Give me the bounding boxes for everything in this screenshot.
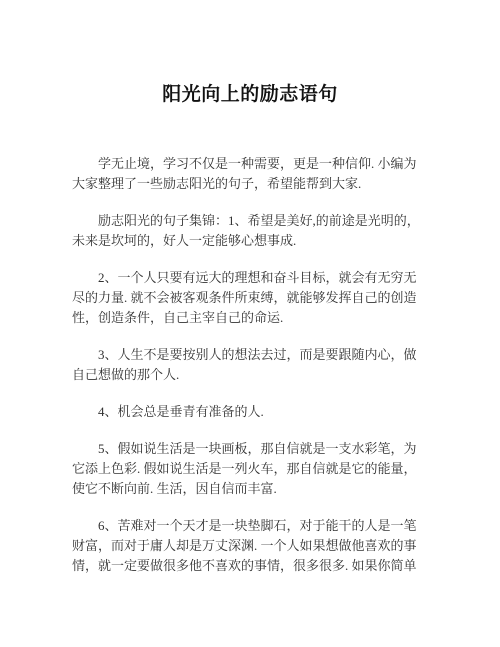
paragraph-quote-4: 4、机会总是垂青有准备的人. <box>72 402 430 422</box>
paragraph-quote-3: 3、人生不是要按别人的想法去过，而是要跟随内心，做 自己想做的那个人. <box>72 345 430 385</box>
paragraph-intro: 学无止境，学习不仅是一种需要，更是一种信仰. 小编为 大家整理了一些励志阳光的句… <box>72 154 430 194</box>
document-page: 阳光向上的励志语句 学无止境，学习不仅是一种需要，更是一种信仰. 小编为 大家整… <box>0 0 500 647</box>
paragraph-quote-6: 6、苦难对一个天才是一块垫脚石，对于能干的人是一笔 财富，而对于庸人却是万丈深渊… <box>72 516 430 576</box>
paragraph-quote-2: 2、一个人只要有远大的理想和奋斗目标，就会有无穷无 尽的力量. 就不会被客观条件… <box>72 268 430 328</box>
document-title: 阳光向上的励志语句 <box>0 0 500 106</box>
paragraph-quote-1: 励志阳光的句子集锦：1、希望是美好,的前途是光明的， 未来是坎坷的，好人一定能够… <box>72 211 430 251</box>
document-body: 学无止境，学习不仅是一种需要，更是一种信仰. 小编为 大家整理了一些励志阳光的句… <box>0 154 430 576</box>
paragraph-quote-5: 5、假如说生活是一块画板，那自信就是一支水彩笔，为 它添上色彩. 假如说生活是一… <box>72 439 430 499</box>
